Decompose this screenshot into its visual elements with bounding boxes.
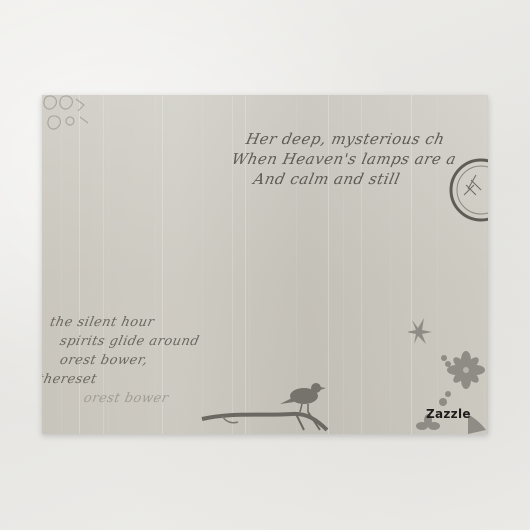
handwriting-line: orest bower,	[42, 351, 197, 370]
handwriting-line: When Heaven's lamps are a	[230, 149, 458, 169]
brand-logo: Zazzle	[426, 407, 471, 421]
handwriting-line: spirits glide around	[44, 332, 201, 351]
bird-icon	[192, 364, 332, 434]
handwriting-line: thereset	[42, 370, 193, 389]
handwriting-line: And calm and still	[226, 169, 454, 189]
handwriting-top: Her deep, mysterious ch When Heaven's la…	[226, 129, 463, 189]
clock-icon	[446, 155, 488, 225]
handwriting-left: the silent hour spirits glide around ore…	[42, 313, 205, 408]
handwriting-line: Her deep, mysterious ch	[234, 129, 462, 149]
postcard: Her deep, mysterious ch When Heaven's la…	[42, 95, 488, 434]
handwriting-line: orest bower	[42, 389, 189, 408]
ornament-icon	[42, 95, 92, 133]
handwriting-line: the silent hour	[48, 313, 205, 332]
